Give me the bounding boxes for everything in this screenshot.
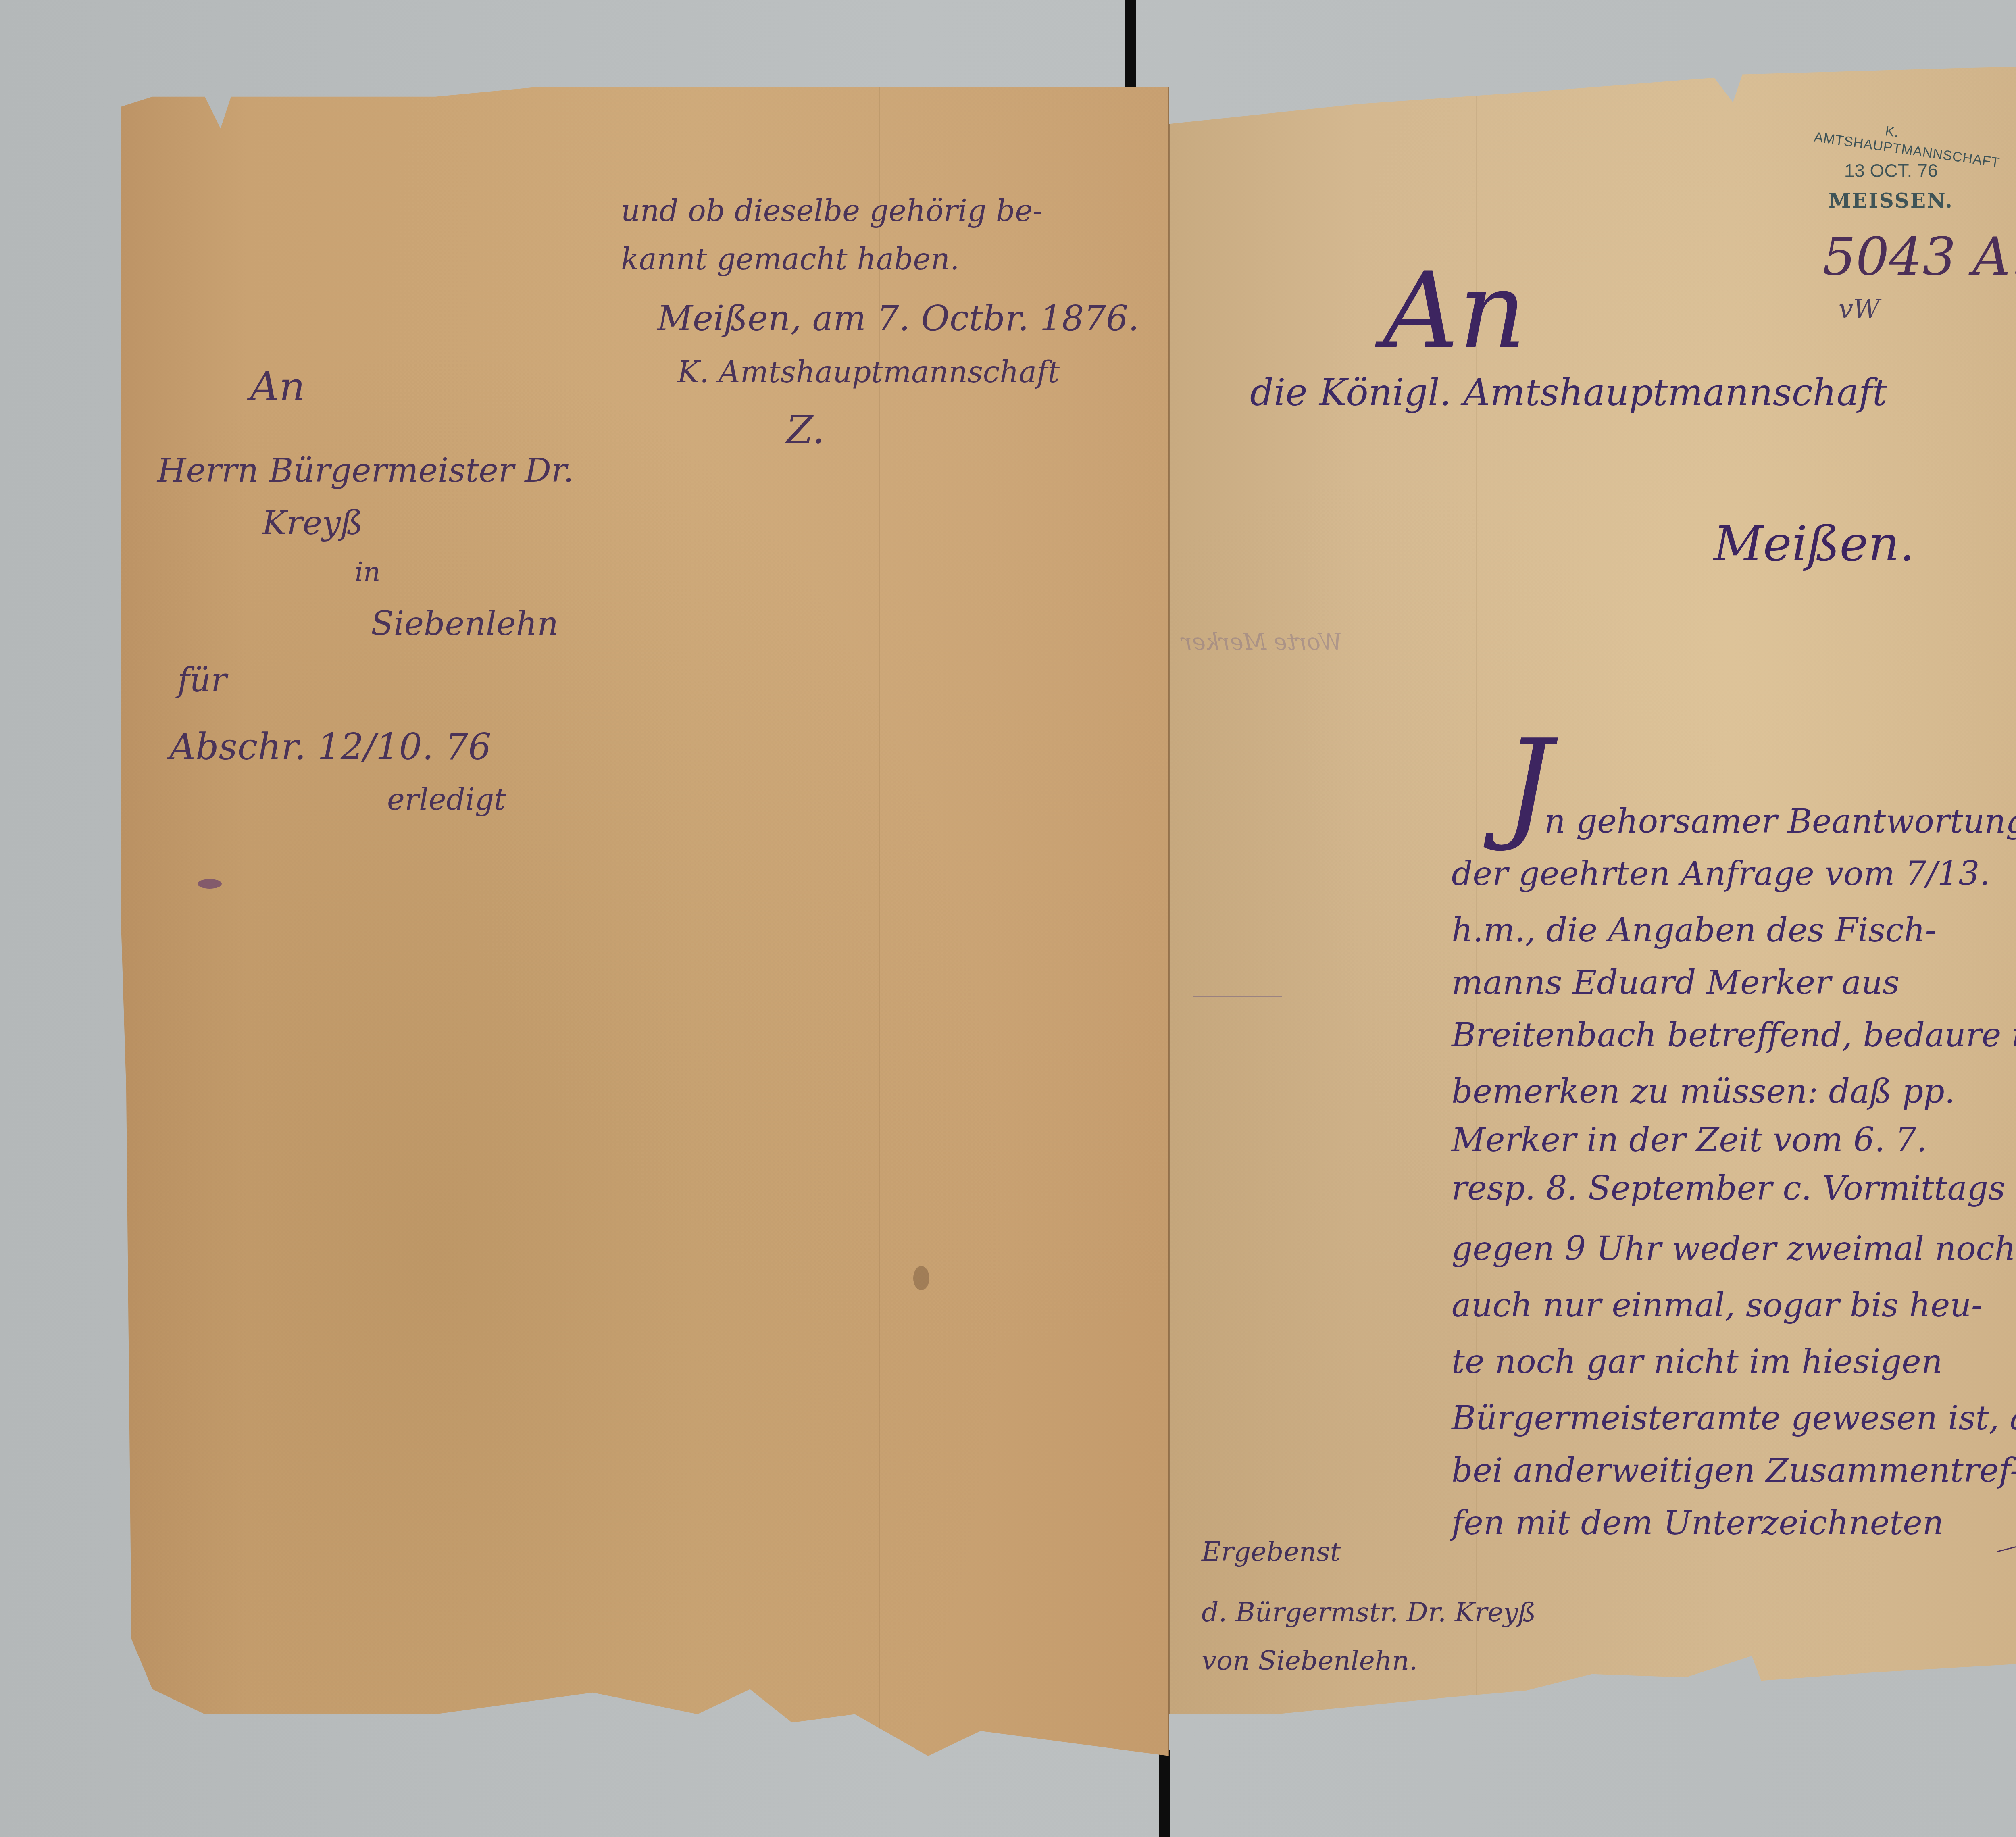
spine-bar-bottom: [1159, 1750, 1170, 1837]
stamp-office-name: K. AMTSHAUPTMANNSCHAFT: [1813, 114, 1969, 166]
stamp-city: MEISSEN.: [1814, 189, 1968, 212]
left-top-note-line-2: kannt gemacht haben.: [621, 242, 959, 277]
left-top-note-authority: K. Amtshauptmannschaft: [677, 355, 1060, 389]
left-address-done: erledigt: [387, 782, 506, 817]
body-line-11: te noch gar nicht im hiesigen: [1452, 1343, 1943, 1381]
body-line-2: der geehrten Anfrage vom 7/13.: [1452, 855, 1990, 893]
closing-signatory: d. Bürgermstr. Dr. Kreyß: [1202, 1597, 1536, 1628]
margin-underline: [1193, 996, 1282, 997]
clerk-initials: vW: [1839, 294, 1880, 324]
ink-smudge: [198, 879, 222, 889]
closing-town: von Siebenlehn.: [1202, 1645, 1418, 1676]
ink-stain: [913, 1266, 929, 1290]
left-address-name: Kreyß: [262, 504, 363, 542]
left-address-prefix: An: [250, 363, 305, 410]
address-recipient: die Königl. Amtshauptmannschaft: [1250, 371, 1887, 414]
left-top-note-signature: Z.: [786, 407, 825, 452]
left-top-note-date: Meißen, am 7. Octbr. 1876.: [657, 298, 1139, 339]
left-address-town: Siebenlehn: [371, 605, 558, 643]
body-line-9: gegen 9 Uhr weder zweimal noch: [1452, 1230, 2016, 1268]
body-line-13: bei anderweitigen Zusammentref-: [1452, 1452, 2016, 1490]
office-stamp: K. AMTSHAUPTMANNSCHAFT 13 OCT. 76 MEISSE…: [1814, 117, 1968, 230]
right-page-spine-edge: [1169, 65, 1170, 1714]
left-address-in: in: [355, 556, 381, 587]
body-line-6: bemerken zu müssen: daß pp.: [1452, 1073, 1955, 1111]
body-line-12: Bürgermeisteramte gewesen ist, auch: [1452, 1399, 2016, 1437]
body-line-1: n gehorsamer Beantwortung: [1544, 802, 2016, 841]
body-line-7: Merker in der Zeit vom 6. 7.: [1452, 1121, 1927, 1159]
spine-bar-top: [1125, 0, 1136, 97]
left-address-recipient: Herrn Bürgermeister Dr.: [157, 452, 574, 490]
left-address-copy-date: Abschr. 12/10. 76: [169, 726, 492, 768]
body-line-4: manns Eduard Merker aus: [1452, 964, 1899, 1002]
left-top-note-line-1: und ob dieselbe gehörig be-: [621, 194, 1043, 228]
reference-number: 5043 A.: [1822, 226, 2016, 287]
address-prefix: An: [1383, 250, 1526, 372]
margin-bleed-text: Worte Merker: [1181, 629, 1342, 655]
closing-greeting: Ergebenst: [1202, 1536, 1341, 1567]
left-address-for: für: [177, 661, 227, 700]
body-line-8: resp. 8. September c. Vormittags: [1452, 1169, 2005, 1208]
left-page-spine-edge: [1168, 87, 1169, 1756]
body-line-3: h.m., die Angaben des Fisch-: [1452, 911, 1936, 950]
body-line-14: fen mit dem Unterzeichneten: [1452, 1504, 1944, 1542]
body-line-5: Breitenbach betreffend, bedaure ich: [1452, 1016, 2016, 1054]
body-line-10: auch nur einmal, sogar bis heu-: [1452, 1286, 1983, 1325]
address-city: Meißen.: [1714, 516, 1915, 572]
